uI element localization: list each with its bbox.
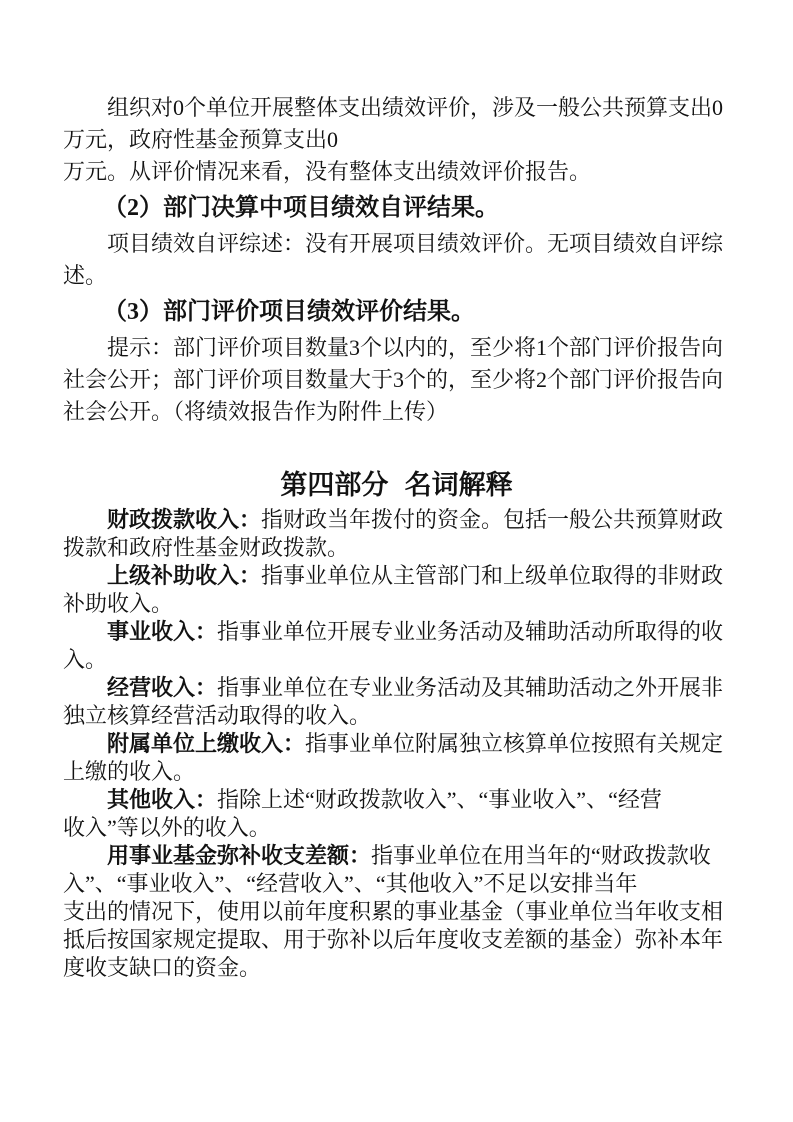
heading-department-evaluation-results: （3）部门评价项目绩效评价结果。 <box>63 294 730 330</box>
def-affiliated-unit-remitted-income-term: 附属单位上缴收入： <box>107 731 305 756</box>
def-superior-subsidy-income: 上级补助收入：指事业单位从主管部门和上级单位取得的非财政 补助收入。 <box>63 562 730 618</box>
para-project-self-evaluation-summary: 项目绩效自评综述：没有开展项目绩效评价。无项目绩效自评综 述。 <box>63 228 730 292</box>
def-use-fund-to-cover-deficit-term: 用事业基金弥补收支差额： <box>107 843 371 868</box>
def-business-income-term: 事业收入： <box>107 619 217 644</box>
heading-part-four-glossary: 第四部分 名词解释 <box>63 464 730 506</box>
def-other-income: 其他收入：指除上述“财政拨款收入”、“事业收入”、“经营 收入”等以外的收入。 <box>63 786 730 842</box>
heading-department-evaluation-results-term: （3）部门评价项目绩效评价结果。 <box>103 299 475 325</box>
para-department-evaluation-tip-text: 提示：部门评价项目数量3个以内的，至少将1个部门评价报告向 社会公开；部门评价项… <box>63 335 723 424</box>
section-gap <box>63 428 730 464</box>
def-fiscal-appropriation-income-term: 财政拨款收入： <box>107 507 261 532</box>
para-overall-expenditure-evaluation-text: 组织对0个单位开展整体支出绩效评价，涉及一般公共预算支出0 万元，政府性基金预算… <box>63 95 723 184</box>
def-operating-income-term: 经营收入： <box>107 675 217 700</box>
def-operating-income: 经营收入：指事业单位在专业业务活动及其辅助活动之外开展非 独立核算经营活动取得的… <box>63 674 730 730</box>
para-department-evaluation-tip: 提示：部门评价项目数量3个以内的，至少将1个部门评价报告向 社会公开；部门评价项… <box>63 332 730 428</box>
para-overall-expenditure-evaluation: 组织对0个单位开展整体支出绩效评价，涉及一般公共预算支出0 万元，政府性基金预算… <box>63 92 730 188</box>
def-business-income: 事业收入：指事业单位开展专业业务活动及辅助活动所取得的收 入。 <box>63 618 730 674</box>
def-affiliated-unit-remitted-income: 附属单位上缴收入：指事业单位附属独立核算单位按照有关规定 上缴的收入。 <box>63 730 730 786</box>
def-superior-subsidy-income-term: 上级补助收入： <box>107 563 261 588</box>
document-body: 组织对0个单位开展整体支出绩效评价，涉及一般公共预算支出0 万元，政府性基金预算… <box>63 92 730 982</box>
def-fiscal-appropriation-income: 财政拨款收入：指财政当年拨付的资金。包括一般公共预算财政 拨款和政府性基金财政拨… <box>63 506 730 562</box>
def-use-fund-to-cover-deficit: 用事业基金弥补收支差额：指事业单位在用当年的“财政拨款收 入”、“事业收入”、“… <box>63 842 730 982</box>
def-other-income-term: 其他收入： <box>107 787 217 812</box>
heading-part-four-glossary-term: 第四部分 名词解释 <box>280 470 512 500</box>
document-page: 组织对0个单位开展整体支出绩效评价，涉及一般公共预算支出0 万元，政府性基金预算… <box>0 0 793 1122</box>
heading-project-self-evaluation-results-term: （2）部门决算中项目绩效自评结果。 <box>103 195 499 221</box>
heading-project-self-evaluation-results: （2）部门决算中项目绩效自评结果。 <box>63 190 730 226</box>
para-project-self-evaluation-summary-text: 项目绩效自评综述：没有开展项目绩效评价。无项目绩效自评综 述。 <box>63 231 723 288</box>
